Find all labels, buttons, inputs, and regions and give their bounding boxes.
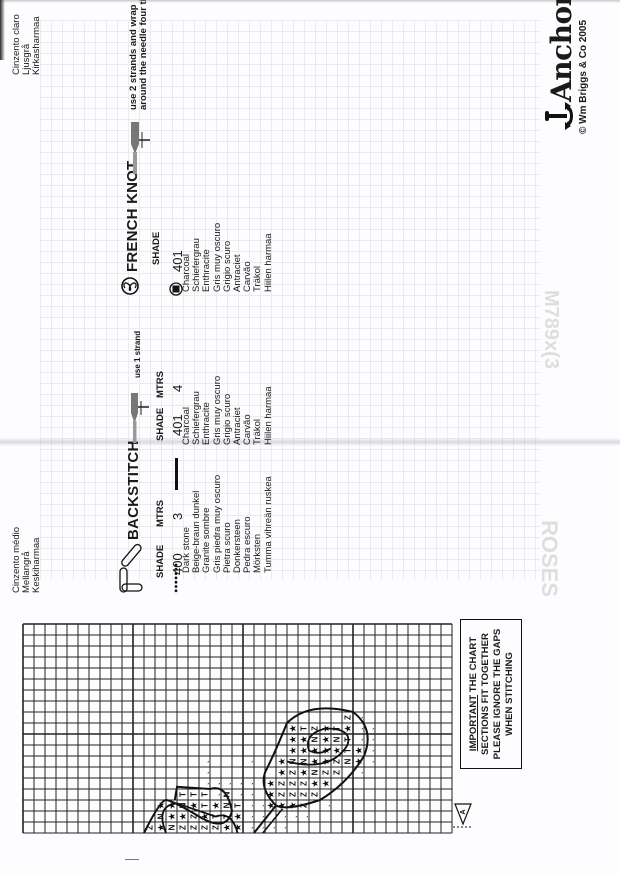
chart-cell-symbol: ★ xyxy=(355,746,364,754)
chart-cell-symbol: ★ xyxy=(289,746,298,754)
chart-cell-symbol: N xyxy=(333,736,342,742)
chart-cell-symbol: ★ xyxy=(289,735,298,743)
chart-cell-symbol: Z xyxy=(278,792,287,797)
scan-edge-top xyxy=(0,0,620,3)
scan-edge-left xyxy=(0,0,5,60)
brand-logo: Anchor xyxy=(545,0,578,102)
french-knot-title: FRENCH KNOT xyxy=(124,161,141,272)
chart-cell-symbol: Z xyxy=(322,770,331,775)
chart-cell-symbol: N xyxy=(344,758,353,764)
chart-cell-symbol: ˎ xyxy=(245,760,254,763)
chart-cell-symbol: ★ xyxy=(179,812,188,820)
chart-cell-symbol: T xyxy=(234,803,243,808)
chart-cell-symbol: ˎ xyxy=(212,782,221,785)
chart-cell-symbol: ★ xyxy=(278,757,287,765)
chart-cell-symbol: T xyxy=(300,726,309,731)
chart-cell-symbol: Z xyxy=(179,825,188,830)
backstitch-shade-header: SHADE xyxy=(155,545,166,578)
chart-cell-symbol: ˎ xyxy=(256,815,265,818)
backstitch-shade-header-2: SHADE xyxy=(155,408,166,441)
chart-cell-symbol: Z xyxy=(278,781,287,786)
chart-cell-symbol: Z xyxy=(289,781,298,786)
chart-cell-symbol: ˎ xyxy=(366,760,375,763)
chart-cell-symbol: Z xyxy=(212,825,221,830)
chart-cell-symbol: ˎ xyxy=(201,760,210,763)
chart-cell-symbol: ★ xyxy=(278,768,287,776)
needle-thread-icon xyxy=(123,393,149,443)
chart-cell-symbol: ★ xyxy=(168,812,177,820)
chart-cell-symbol: Z xyxy=(300,792,309,797)
chart-cell-symbol: ˎ xyxy=(322,804,331,807)
ghost-title: ROSES xyxy=(536,520,562,597)
chart-cell-symbol: Z xyxy=(300,781,309,786)
color-names-top: Cinzento claro Ljusgrå Kirkasharmaa xyxy=(12,14,43,75)
solid-line-symbol-icon xyxy=(175,458,178,490)
chart-cell-symbol: ★ xyxy=(300,746,309,754)
scan-artifact-mark xyxy=(125,859,139,860)
backstitch-instruction: use 1 strand xyxy=(133,331,143,378)
copyright-text: © Wm Briggs & Co 2005 xyxy=(578,20,589,134)
chart-cell-symbol: ˎ xyxy=(201,782,210,785)
chart-cell-symbol: N xyxy=(157,813,166,819)
chart-cell-symbol: ˎ xyxy=(234,782,243,785)
important-notice-text: IMPORTANT THE CHART SECTIONS FIT TOGETHE… xyxy=(468,624,516,764)
backstitch-401-color-names: Charcoal Schiefergrau Enthracite Gris mu… xyxy=(182,376,274,445)
chart-cell-symbol: N xyxy=(311,769,320,775)
backstitch-400-color-names: Dark stone Beige-braun dunkel Granite so… xyxy=(182,475,274,573)
chart-cell-symbol: ˎ xyxy=(245,815,254,818)
chart-cell-symbol: ★ xyxy=(212,801,221,809)
chart-cell-symbol: ˎ xyxy=(256,804,265,807)
chart-cell-symbol: ★ xyxy=(300,735,309,743)
ghost-grid-back xyxy=(40,20,540,580)
french-knot-shade-header: SHADE xyxy=(151,232,162,265)
cross-stitch-chart-grid: ˎˎˎˎˎˎˎˎTTTˎNˎˎ★★N★T★NTˎˎN★★Z★TT★ˎˎZ★NZZ… xyxy=(22,623,453,834)
chart-cell-symbol: ˎ xyxy=(245,782,254,785)
chart-cell-symbol: Z xyxy=(333,770,342,775)
chart-cell-symbol: ˎ xyxy=(245,804,254,807)
chart-cell-symbol: T xyxy=(201,803,210,808)
backstitch-title: BACKSTITCH xyxy=(125,441,142,541)
chart-cell-symbol: ˎ xyxy=(234,793,243,796)
chart-cell-symbol: ★ xyxy=(333,746,342,754)
chart-cell-symbol: T xyxy=(201,792,210,797)
section-marker-icon: A xyxy=(453,802,473,830)
paper-fold-crease xyxy=(0,438,620,446)
backstitch-mtrs-header-2: MTRS xyxy=(155,371,166,398)
chart-cell-symbol: ★ xyxy=(289,724,298,732)
chart-cell-symbol: ★ xyxy=(234,812,243,820)
color-names-mid: Cinzento médio Mellangrå Keskiharmaa xyxy=(12,527,43,593)
section-marker-label: A xyxy=(460,809,467,814)
chart-cell-symbol: Z xyxy=(190,825,199,830)
chart-cell-symbol: Z xyxy=(201,825,210,830)
chart-cell-symbol: ˎ xyxy=(289,815,298,818)
chart-cell-symbol: Z xyxy=(344,715,353,720)
french-knot-instruction: use 2 strands and wrap around the needle… xyxy=(129,0,149,110)
chart-cell-symbol: Z xyxy=(289,770,298,775)
ghost-code: M789x(3 xyxy=(539,290,562,369)
chart-cell-symbol: ★ xyxy=(311,779,320,787)
french-knot-color-names: Charcoal Schiefergrau Enthracite Gris mu… xyxy=(182,223,274,292)
anchor-logo-icon xyxy=(545,100,577,134)
backstitch-mtrs-header: MTRS xyxy=(155,500,166,527)
chart-cell-symbol: ★ xyxy=(322,779,331,787)
important-lead: IMPORTANT xyxy=(468,695,479,751)
color-name: Keskiharmaa xyxy=(32,527,42,593)
chart-cell-symbol: ˎ xyxy=(355,738,364,741)
chart-cell-symbol: ˎ xyxy=(355,727,364,730)
chart-cell-symbol: T xyxy=(179,792,188,797)
chart-cell-symbol: ˎ xyxy=(201,771,210,774)
color-name: Kirkasharmaa xyxy=(32,14,42,75)
chart-cell-symbol: ★ xyxy=(300,768,309,776)
chart-cell-symbol: Z xyxy=(289,792,298,797)
chart-cell-symbol: ★ xyxy=(223,823,232,831)
chart-cell-symbol: ˎ xyxy=(300,815,309,818)
chart-cell-symbol: ˎ xyxy=(278,826,287,829)
chart-cell-symbol: Z xyxy=(311,792,320,797)
chart-cell-symbol: ★ xyxy=(344,724,353,732)
chart-cell-symbol: ★ xyxy=(267,779,276,787)
chart-cell-symbol: ˎ xyxy=(223,782,232,785)
french-knot-icon xyxy=(120,276,140,296)
chart-cell-symbol: ˎ xyxy=(278,815,287,818)
chart-cell-symbol: T xyxy=(190,792,199,797)
chart-cell-symbol: ˎ xyxy=(355,771,364,774)
chart-cell-symbol: ˎ xyxy=(212,793,221,796)
chart-cell-symbol: N xyxy=(311,736,320,742)
chart-cell-symbol: ˎ xyxy=(245,793,254,796)
chart-cell-symbol: N xyxy=(168,824,177,830)
needle-thread-icon xyxy=(124,122,150,174)
chart-cell-symbol: ★ xyxy=(322,735,331,743)
chart-cell-symbol: ˎ xyxy=(245,826,254,829)
backstitch-icon xyxy=(118,540,146,594)
